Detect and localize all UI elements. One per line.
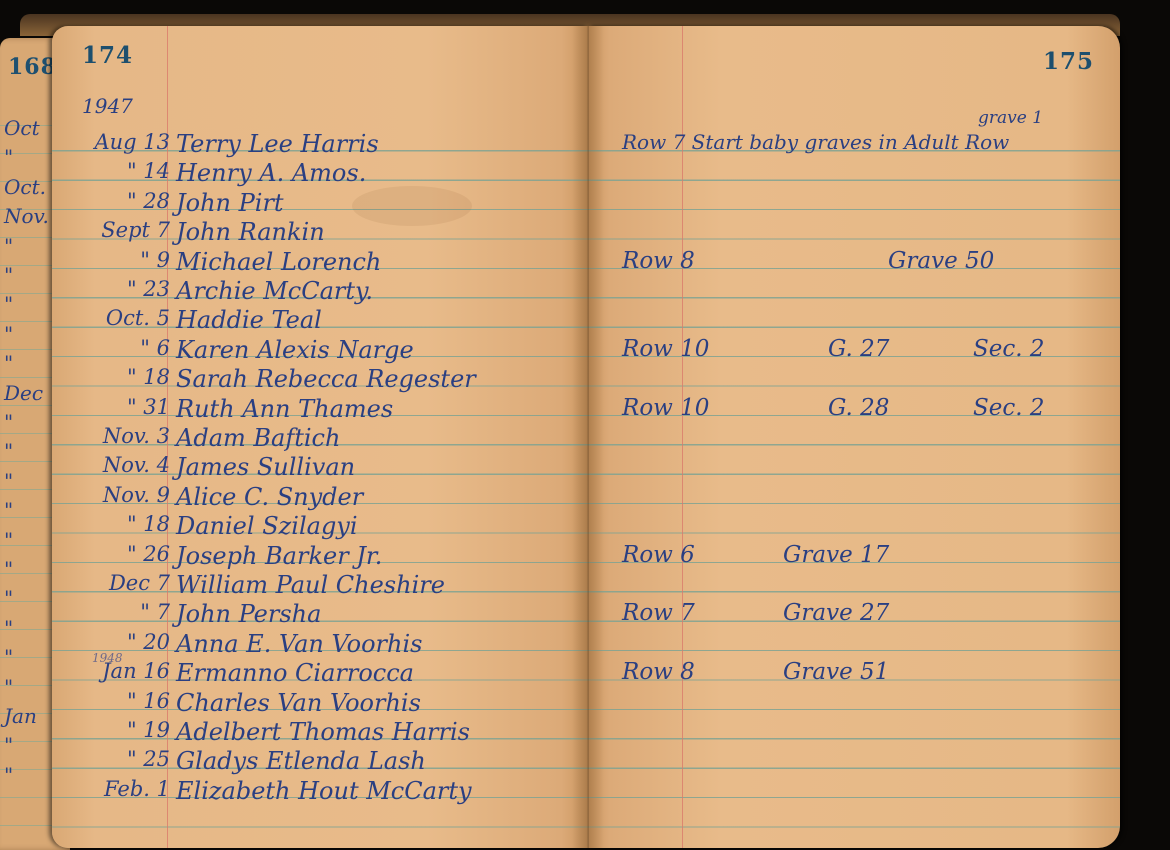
note-row: Row 7 Start baby graves in Adult Row [622,130,1009,154]
entry-date: Aug 13 [94,130,170,154]
right-page-175: 175 Row 7 Start baby graves in Adult Row… [588,26,1120,848]
entry-name: Terry Lee Harris [176,130,379,158]
back-page-entry: Oct [4,116,40,140]
note-grave: G. 28 [828,395,889,421]
ledger-entry: Nov. 4James Sullivan [52,453,588,482]
back-page-entry: " [4,263,13,287]
right-page-number: 175 [1043,48,1094,75]
ledger-entry: " 6Karen Alexis Narge [52,336,588,365]
note-grave: Grave 27 [783,600,889,626]
back-page-number: 168 [8,54,57,80]
entry-date: Feb. 1 [104,777,170,801]
entry-date: " 6 [140,336,170,360]
entry-date: " 20 [127,630,170,654]
ledger-entry: " 7John Persha [52,600,588,629]
entry-name: Michael Lorench [176,248,381,276]
grave-location-note: Row 6Grave 17 [588,542,1120,571]
entry-name: John Pirt [176,189,284,217]
back-page-entry: " [4,410,13,434]
ledger-entry: Feb. 1Elizabeth Hout McCarty [52,777,588,806]
paper-stain [352,186,472,226]
ledger-entry: Nov. 3Adam Baftich [52,424,588,453]
back-page-entry: " [4,322,13,346]
year-annotation: 1948 [92,651,123,665]
grave-location-note: Row 7 Start baby graves in Adult Rowgrav… [588,130,1120,159]
back-page-entry: " [4,733,13,757]
back-page-entry: Oct. [4,175,46,199]
ledger-entry: Sept 7John Rankin [52,218,588,247]
note-superscript: grave 1 [978,108,1043,128]
entry-date: " 9 [140,248,170,272]
entry-date: Oct. 5 [106,306,170,330]
entry-date: Sept 7 [101,218,170,242]
note-grave: Grave 17 [783,542,889,568]
note-row: Row 8 [622,659,695,685]
entry-name: Daniel Szilagyi [176,512,358,540]
ledger-entry: " 23Archie McCarty. [52,277,588,306]
ledger-entry: " 14Henry A. Amos. [52,159,588,188]
entry-date: " 14 [127,159,170,183]
note-grave: G. 27 [828,336,889,362]
back-page-entry: " [4,763,13,787]
back-page-entry: " [4,439,13,463]
back-page-entry: " [4,498,13,522]
back-page-entry: Nov. [4,204,49,228]
note-grave: Grave 51 [783,659,889,685]
grave-location-note: Row 8Grave 50 [588,248,1120,277]
entry-name: Archie McCarty. [176,277,373,305]
back-page-entry: " [4,586,13,610]
entry-date: " 19 [127,718,170,742]
ledger-entry: " 28John Pirt [52,189,588,218]
entry-date: " 31 [127,395,170,419]
entry-name: Henry A. Amos. [176,159,366,187]
ledger-entry: Jan 16Ermanno Ciarrocca1948 [52,659,588,688]
note-row: Row 10 [622,336,709,362]
entry-date: " 7 [140,600,170,624]
left-page-174: 174 1947 Aug 13Terry Lee Harris" 14Henry… [52,26,588,848]
entry-date: " 18 [127,512,170,536]
ledger-entry: " 18Daniel Szilagyi [52,512,588,541]
note-section: Sec. 2 [973,395,1045,421]
back-page-entry: Dec [4,381,43,405]
entry-name: Adelbert Thomas Harris [176,718,470,746]
entry-name: Karen Alexis Narge [176,336,414,364]
entry-name: Ermanno Ciarrocca [176,659,414,687]
entry-date: " 16 [127,689,170,713]
back-page-entry: " [4,528,13,552]
back-page-entry: " [4,351,13,375]
entry-name: John Rankin [176,218,325,246]
rule-lines [588,122,1120,842]
grave-location-note: Row 8Grave 51 [588,659,1120,688]
entry-name: Charles Van Voorhis [176,689,421,717]
entry-name: William Paul Cheshire [176,571,445,599]
note-grave: Grave 50 [888,248,994,274]
entry-name: Elizabeth Hout McCarty [176,777,472,805]
ledger-entry: " 25Gladys Etlenda Lash [52,747,588,776]
grave-location-note: Row 10G. 27Sec. 2 [588,336,1120,365]
ledger-entry: " 26Joseph Barker Jr. [52,542,588,571]
note-row: Row 6 [622,542,695,568]
note-row: Row 8 [622,248,695,274]
entry-date: Nov. 9 [103,483,170,507]
entry-name: Ruth Ann Thames [176,395,393,423]
entry-date: " 28 [127,189,170,213]
ledger-entry: " 9Michael Lorench [52,248,588,277]
ledger-entry: " 20Anna E. Van Voorhis [52,630,588,659]
entry-date: Dec 7 [109,571,170,595]
entry-name: John Persha [176,600,321,628]
ledger-entry: Aug 13Terry Lee Harris [52,130,588,159]
entry-date: " 25 [127,747,170,771]
back-page-entry: " [4,645,13,669]
entry-date: " 26 [127,542,170,566]
back-page-entry: " [4,145,13,169]
entry-date: Nov. 4 [103,453,170,477]
entry-name: Alice C. Snyder [176,483,363,511]
entry-name: Adam Baftich [176,424,340,452]
ledger-entry: Nov. 9Alice C. Snyder [52,483,588,512]
note-row: Row 7 [622,600,695,626]
entry-date: " 23 [127,277,170,301]
ledger-entry: " 19Adelbert Thomas Harris [52,718,588,747]
back-page-entry: " [4,557,13,581]
grave-location-note: Row 7Grave 27 [588,600,1120,629]
ledger-entry: " 18Sarah Rebecca Regester [52,365,588,394]
entry-name: Sarah Rebecca Regester [176,365,476,393]
note-section: Sec. 2 [973,336,1045,362]
left-page-number: 174 [82,42,133,69]
back-page-entry: " [4,469,13,493]
entry-name: James Sullivan [176,453,355,481]
ledger-entry: Oct. 5Haddie Teal [52,306,588,335]
back-page-entry: " [4,675,13,699]
back-page-entry: " [4,616,13,640]
entry-name: Anna E. Van Voorhis [176,630,422,658]
entry-name: Haddie Teal [176,306,322,334]
entry-name: Joseph Barker Jr. [176,542,382,570]
back-page-entry: Jan [4,704,37,728]
note-row: Row 10 [622,395,709,421]
entry-name: Gladys Etlenda Lash [176,747,426,775]
back-page-entry: " [4,234,13,258]
year-header: 1947 [82,94,133,118]
ledger-entry: " 31Ruth Ann Thames [52,395,588,424]
entry-date: Nov. 3 [103,424,170,448]
grave-location-note: Row 10G. 28Sec. 2 [588,395,1120,424]
ledger-entry: " 16Charles Van Voorhis [52,689,588,718]
back-page-entry: " [4,292,13,316]
ledger-entry: Dec 7William Paul Cheshire [52,571,588,600]
entry-date: " 18 [127,365,170,389]
